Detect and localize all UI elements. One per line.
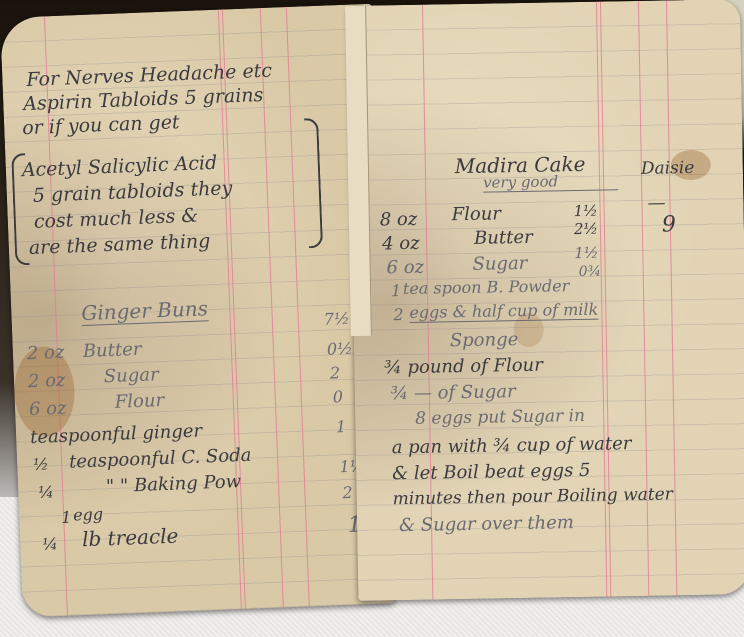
item: lb treacle (82, 524, 179, 552)
sponge-line: 8 eggs put Sugar in (415, 406, 585, 429)
red-rule (666, 0, 677, 595)
item: Flour (114, 390, 164, 413)
madeira-cake-subtitle: very good (483, 171, 618, 192)
sponge-line: & Sugar over them (399, 512, 574, 536)
price: 1½ (573, 202, 597, 220)
item: teaspoonful C. Soda (69, 445, 252, 473)
price: 2½ (574, 220, 598, 238)
sponge-line: minutes then pour Boiling water (392, 484, 673, 509)
bracket-line-2: 5 grain tabloids they (32, 177, 232, 207)
qty: ¼ (38, 482, 54, 502)
qty: 1 (61, 508, 72, 527)
sponge-line: ¾ — of Sugar (391, 381, 516, 404)
right-page: Madira Cake very good Daisie 8 oz Flour … (348, 0, 744, 601)
price: 0½ (327, 339, 353, 359)
price: 0 (332, 387, 343, 406)
ginger-buns-ingredients: 2 oz Butter 7½ 2 oz Sugar 0½ 6 oz Flour … (0, 4, 372, 18)
sponge-instructions: ¾ pound of Flour ¾ — of Sugar 8 eggs put… (348, 0, 740, 6)
qty: 2 oz (28, 370, 66, 392)
item: Butter (474, 227, 533, 249)
qty: ¼ (42, 534, 58, 554)
remedy-line-3: or if you can get (22, 111, 180, 139)
price: 0¾ (579, 264, 602, 280)
red-rule (286, 7, 310, 607)
bracket-line-1: Acetyl Salicylic Acid (21, 152, 217, 181)
item: Butter (82, 339, 141, 362)
price: 2 (342, 483, 353, 502)
price: 1 (336, 417, 347, 436)
bracket-line-3: cost much less & (33, 205, 198, 233)
sponge-line: a pan with ¾ cup of water (392, 433, 632, 458)
left-page: For Nerves Headache etc Aspirin Tabloids… (0, 4, 395, 618)
qty: 6 oz (29, 398, 67, 420)
price: 7½ (323, 309, 349, 329)
qty: 6 oz (386, 257, 424, 279)
price: 1½ (574, 244, 598, 262)
qty: 2 oz (27, 342, 65, 364)
right-brace (304, 118, 323, 248)
item: eggs & half cup of milk (409, 300, 598, 323)
item: Sugar (103, 364, 159, 387)
item: " " Baking Pow (106, 471, 242, 497)
qty: 1 (391, 281, 402, 300)
item: egg (73, 504, 104, 524)
item: Sugar (472, 253, 527, 275)
madeira-ingredients: 8 oz Flour 1½ 4 oz Butter 2½ 6 oz Sugar … (348, 0, 740, 6)
bracket-line-4: are the same thing (28, 230, 210, 259)
qty: 4 oz (382, 233, 420, 255)
item: tea spoon B. Powder (403, 276, 570, 298)
total: 9 (662, 212, 676, 237)
item: Flour (451, 203, 501, 225)
total-dash: — (647, 192, 665, 213)
sponge-line: ¾ pound of Flour (384, 355, 543, 379)
ginger-buns-title: Ginger Buns (81, 296, 208, 326)
red-rule (638, 1, 649, 596)
sponge-line: & let Boil beat eggs 5 (392, 460, 591, 484)
qty: 8 oz (380, 209, 418, 231)
madeira-cake-note: Daisie (641, 158, 695, 179)
qty: 2 (393, 305, 404, 324)
sponge-title: Sponge (450, 329, 519, 351)
qty: ½ (33, 454, 49, 474)
price: 2 (330, 363, 341, 382)
